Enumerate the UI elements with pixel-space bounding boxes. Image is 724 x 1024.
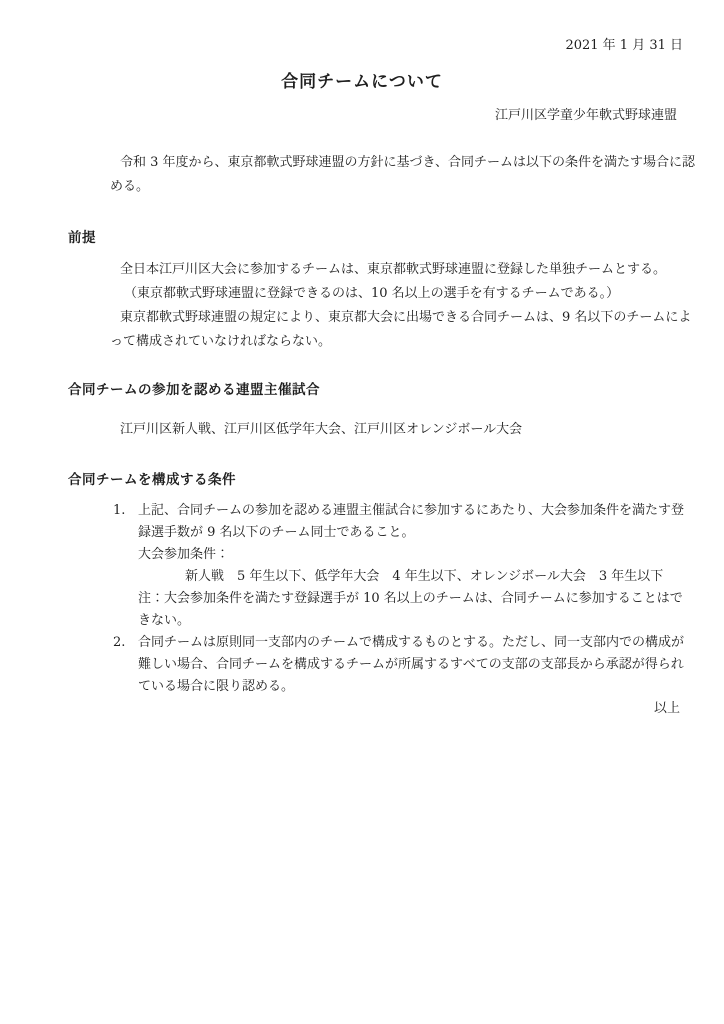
closing-text: 以上 (0, 698, 724, 720)
list-item-line: 録選手数が 9 名以下のチーム同士であること。 (138, 522, 684, 544)
list-item-line: 上記、合同チームの参加を認める連盟主催試合に参加するにあたり、大会参加条件を満た… (138, 500, 684, 522)
list-item-line: 新人戦 5 年生以下、低学年大会 4 年生以下、オレンジボール大会 3 年生以下 (138, 566, 684, 588)
conditions-list: 1. 上記、合同チームの参加を認める連盟主催試合に参加するにあたり、大会参加条件… (0, 500, 724, 698)
organization-name: 江戸川区学童少年軟式野球連盟 (0, 106, 724, 126)
list-item-text: 上記、合同チームの参加を認める連盟主催試合に参加するにあたり、大会参加条件を満た… (138, 500, 684, 632)
document-date: 2021 年 1 月 31 日 (0, 0, 724, 56)
premise-line: （東京都軟式野球連盟に登録できるのは、10 名以上の選手を有するチームである。） (110, 282, 662, 306)
list-item: 1. 上記、合同チームの参加を認める連盟主催試合に参加するにあたり、大会参加条件… (113, 500, 662, 632)
sanctioned-games-heading: 合同チームの参加を認める連盟主催試合 (68, 378, 724, 402)
premise-paragraph: 全日本江戸川区大会に参加するチームは、東京都軟式野球連盟に登録した単独チームとす… (110, 258, 662, 354)
intro-line: める。 (110, 175, 662, 199)
intro-paragraph: 令和 3 年度から、東京都軟式野球連盟の方針に基づき、合同チームは以下の条件を満… (110, 151, 662, 199)
premise-line: 全日本江戸川区大会に参加するチームは、東京都軟式野球連盟に登録した単独チームとす… (110, 258, 662, 282)
list-item-number: 2. (113, 632, 138, 698)
premise-heading: 前提 (68, 226, 724, 250)
tournaments-paragraph: 江戸川区新人戦、江戸川区低学年大会、江戸川区オレンジボール大会 (110, 418, 662, 442)
conditions-heading: 合同チームを構成する条件 (68, 468, 724, 492)
list-item-line: ている場合に限り認める。 (138, 676, 684, 698)
list-item-line: きない。 (138, 610, 684, 632)
list-item-line: 合同チームは原則同一支部内のチームで構成するものとする。ただし、同一支部内での構… (138, 632, 684, 654)
list-item-text: 合同チームは原則同一支部内のチームで構成するものとする。ただし、同一支部内での構… (138, 632, 684, 698)
list-item-line: 注：大会参加条件を満たす登録選手が 10 名以上のチームは、合同チームに参加する… (138, 588, 684, 610)
document-title: 合同チームについて (0, 70, 724, 94)
intro-line: 令和 3 年度から、東京都軟式野球連盟の方針に基づき、合同チームは以下の条件を満… (110, 151, 662, 175)
tournaments-line: 江戸川区新人戦、江戸川区低学年大会、江戸川区オレンジボール大会 (110, 418, 662, 442)
list-item-number: 1. (113, 500, 138, 632)
list-item: 2. 合同チームは原則同一支部内のチームで構成するものとする。ただし、同一支部内… (113, 632, 662, 698)
list-item-line: 大会参加条件： (138, 544, 684, 566)
document-page: 2021 年 1 月 31 日 合同チームについて 江戸川区学童少年軟式野球連盟… (0, 0, 724, 1024)
list-item-line: 難しい場合、合同チームを構成するチームが所属するすべての支部の支部長から承認が得… (138, 654, 684, 676)
premise-line: 東京都軟式野球連盟の規定により、東京都大会に出場できる合同チームは、9 名以下の… (110, 306, 662, 330)
premise-line: って構成されていなければならない。 (110, 330, 662, 354)
